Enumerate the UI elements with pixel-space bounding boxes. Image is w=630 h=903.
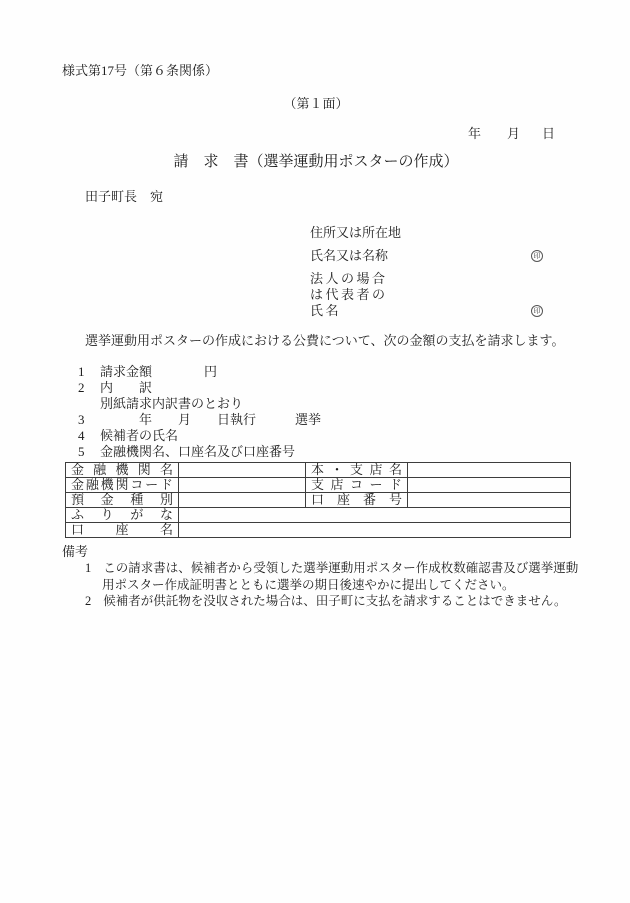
claim-item-number: 5 bbox=[78, 444, 100, 460]
corporate-name-row: 氏名 印 bbox=[310, 303, 543, 319]
branch-name-label-cell: 本・支店名 bbox=[306, 463, 408, 478]
corporate-note-row-2: は代表者の bbox=[310, 287, 543, 303]
remark-number: 2 bbox=[85, 594, 91, 608]
table-row: 預金種別 口座番号 bbox=[66, 493, 571, 508]
remarks-section: 備考 1この請求書は、候補者から受領した選挙運動用ポスター作成枚数確認書及び選挙… bbox=[62, 544, 570, 610]
claim-item-candidate-name: 4 候補者の氏名 bbox=[62, 428, 570, 444]
claim-item-number: 4 bbox=[78, 428, 100, 444]
claim-item-amount: 1 請求金額 円 bbox=[62, 364, 570, 380]
corporate-note-line: 法人の場合 bbox=[310, 271, 388, 287]
branch-name-value-cell bbox=[408, 463, 571, 478]
date-line: 年 月 日 bbox=[62, 126, 570, 142]
date-day-label: 日 bbox=[542, 126, 555, 142]
branch-code-value-cell bbox=[408, 478, 571, 493]
bank-code-label-cell: 金融機関コード bbox=[66, 478, 179, 493]
account-name-value-cell bbox=[179, 523, 571, 538]
corporate-note-row-1: 法人の場合 bbox=[310, 271, 543, 287]
date-month-label: 月 bbox=[507, 126, 520, 142]
bank-code-value-cell bbox=[179, 478, 306, 493]
remark-item-submission: 1この請求書は、候補者から受領した選挙運動用ポスター作成枚数確認書及び選挙運動用… bbox=[102, 560, 580, 593]
bank-name-value-cell bbox=[179, 463, 306, 478]
corporate-note-line: は代表者の bbox=[310, 287, 388, 303]
form-number: 様式第17号（第６条関係） bbox=[62, 63, 570, 79]
seal-icon: 印 bbox=[531, 305, 543, 317]
claim-item-text: 年 月 日執行 選挙 bbox=[100, 412, 321, 428]
claim-item-text: 請求金額 円 bbox=[100, 364, 217, 380]
date-year-label: 年 bbox=[468, 126, 481, 142]
addressee: 田子町長 宛 bbox=[85, 189, 570, 205]
claimant-name-row: 氏名又は名称 印 bbox=[310, 248, 543, 264]
document-title: 請 求 書（選挙運動用ポスターの作成） bbox=[62, 153, 570, 171]
claim-item-number: 1 bbox=[78, 364, 100, 380]
body-paragraph: 選挙運動用ポスターの作成における公費について、次の金額の支払を請求します。 bbox=[85, 333, 570, 349]
corporate-name-label: 氏名 bbox=[310, 303, 341, 319]
account-number-label-cell: 口座番号 bbox=[306, 493, 408, 508]
claim-item-text: 内 訳 bbox=[100, 380, 152, 396]
account-name-label-cell: 口座名 bbox=[66, 523, 179, 538]
claim-item-list: 1 請求金額 円 2 内 訳 別紙請求内訳書のとおり 3 年 月 日執行 選挙 … bbox=[62, 364, 570, 460]
deposit-type-label-cell: 預金種別 bbox=[66, 493, 179, 508]
form-page: 様式第17号（第６条関係） （第１面） 年 月 日 請 求 書（選挙運動用ポスタ… bbox=[0, 0, 630, 903]
remarks-heading: 備考 bbox=[62, 544, 570, 560]
claim-item-number: 3 bbox=[78, 412, 100, 428]
account-number-value-cell bbox=[408, 493, 571, 508]
table-row: 金融機関名 本・支店名 bbox=[66, 463, 571, 478]
bank-account-table: 金融機関名 本・支店名 金融機関コード 支店コード 預金種別 口座番号 ふりがな… bbox=[65, 462, 571, 538]
remark-item-deposit-forfeit: 2候補者が供託物を没収された場合は、田子町に支払を請求することはできません。 bbox=[102, 593, 580, 610]
claim-item-bank-account: 5 金融機関名、口座名及び口座番号 bbox=[62, 444, 570, 460]
table-row: 金融機関コード 支店コード bbox=[66, 478, 571, 493]
claim-item-text: 別紙請求内訳書のとおり bbox=[100, 396, 243, 412]
deposit-type-value-cell bbox=[179, 493, 306, 508]
claim-item-breakdown: 2 内 訳 bbox=[62, 380, 570, 396]
furigana-value-cell bbox=[179, 508, 571, 523]
table-row: ふりがな bbox=[66, 508, 571, 523]
claimant-block: 住所又は所在地 氏名又は名称 印 法人の場合 は代表者の 氏名 印 bbox=[310, 225, 543, 319]
claim-item-breakdown-note: 別紙請求内訳書のとおり bbox=[62, 396, 570, 412]
bank-name-label-cell: 金融機関名 bbox=[66, 463, 179, 478]
table-row: 口座名 bbox=[66, 523, 571, 538]
name-label: 氏名又は名称 bbox=[310, 248, 388, 264]
branch-code-label-cell: 支店コード bbox=[306, 478, 408, 493]
remark-text: この請求書は、候補者から受領した選挙運動用ポスター作成枚数確認書及び選挙運動用ポ… bbox=[102, 561, 578, 592]
claim-item-election-date: 3 年 月 日執行 選挙 bbox=[62, 412, 570, 428]
claim-item-text: 金融機関名、口座名及び口座番号 bbox=[100, 444, 295, 460]
address-label: 住所又は所在地 bbox=[310, 225, 401, 241]
claim-item-number: 2 bbox=[78, 380, 100, 396]
claim-item-number bbox=[78, 396, 100, 412]
remark-text: 候補者が供託物を没収された場合は、田子町に支払を請求することはできません。 bbox=[103, 594, 566, 608]
seal-icon: 印 bbox=[531, 250, 543, 262]
claimant-address-row: 住所又は所在地 bbox=[310, 225, 543, 241]
furigana-label-cell: ふりがな bbox=[66, 508, 179, 523]
remark-number: 1 bbox=[85, 561, 91, 575]
page-face-label: （第１面） bbox=[62, 96, 570, 112]
claim-item-text: 候補者の氏名 bbox=[100, 428, 178, 444]
